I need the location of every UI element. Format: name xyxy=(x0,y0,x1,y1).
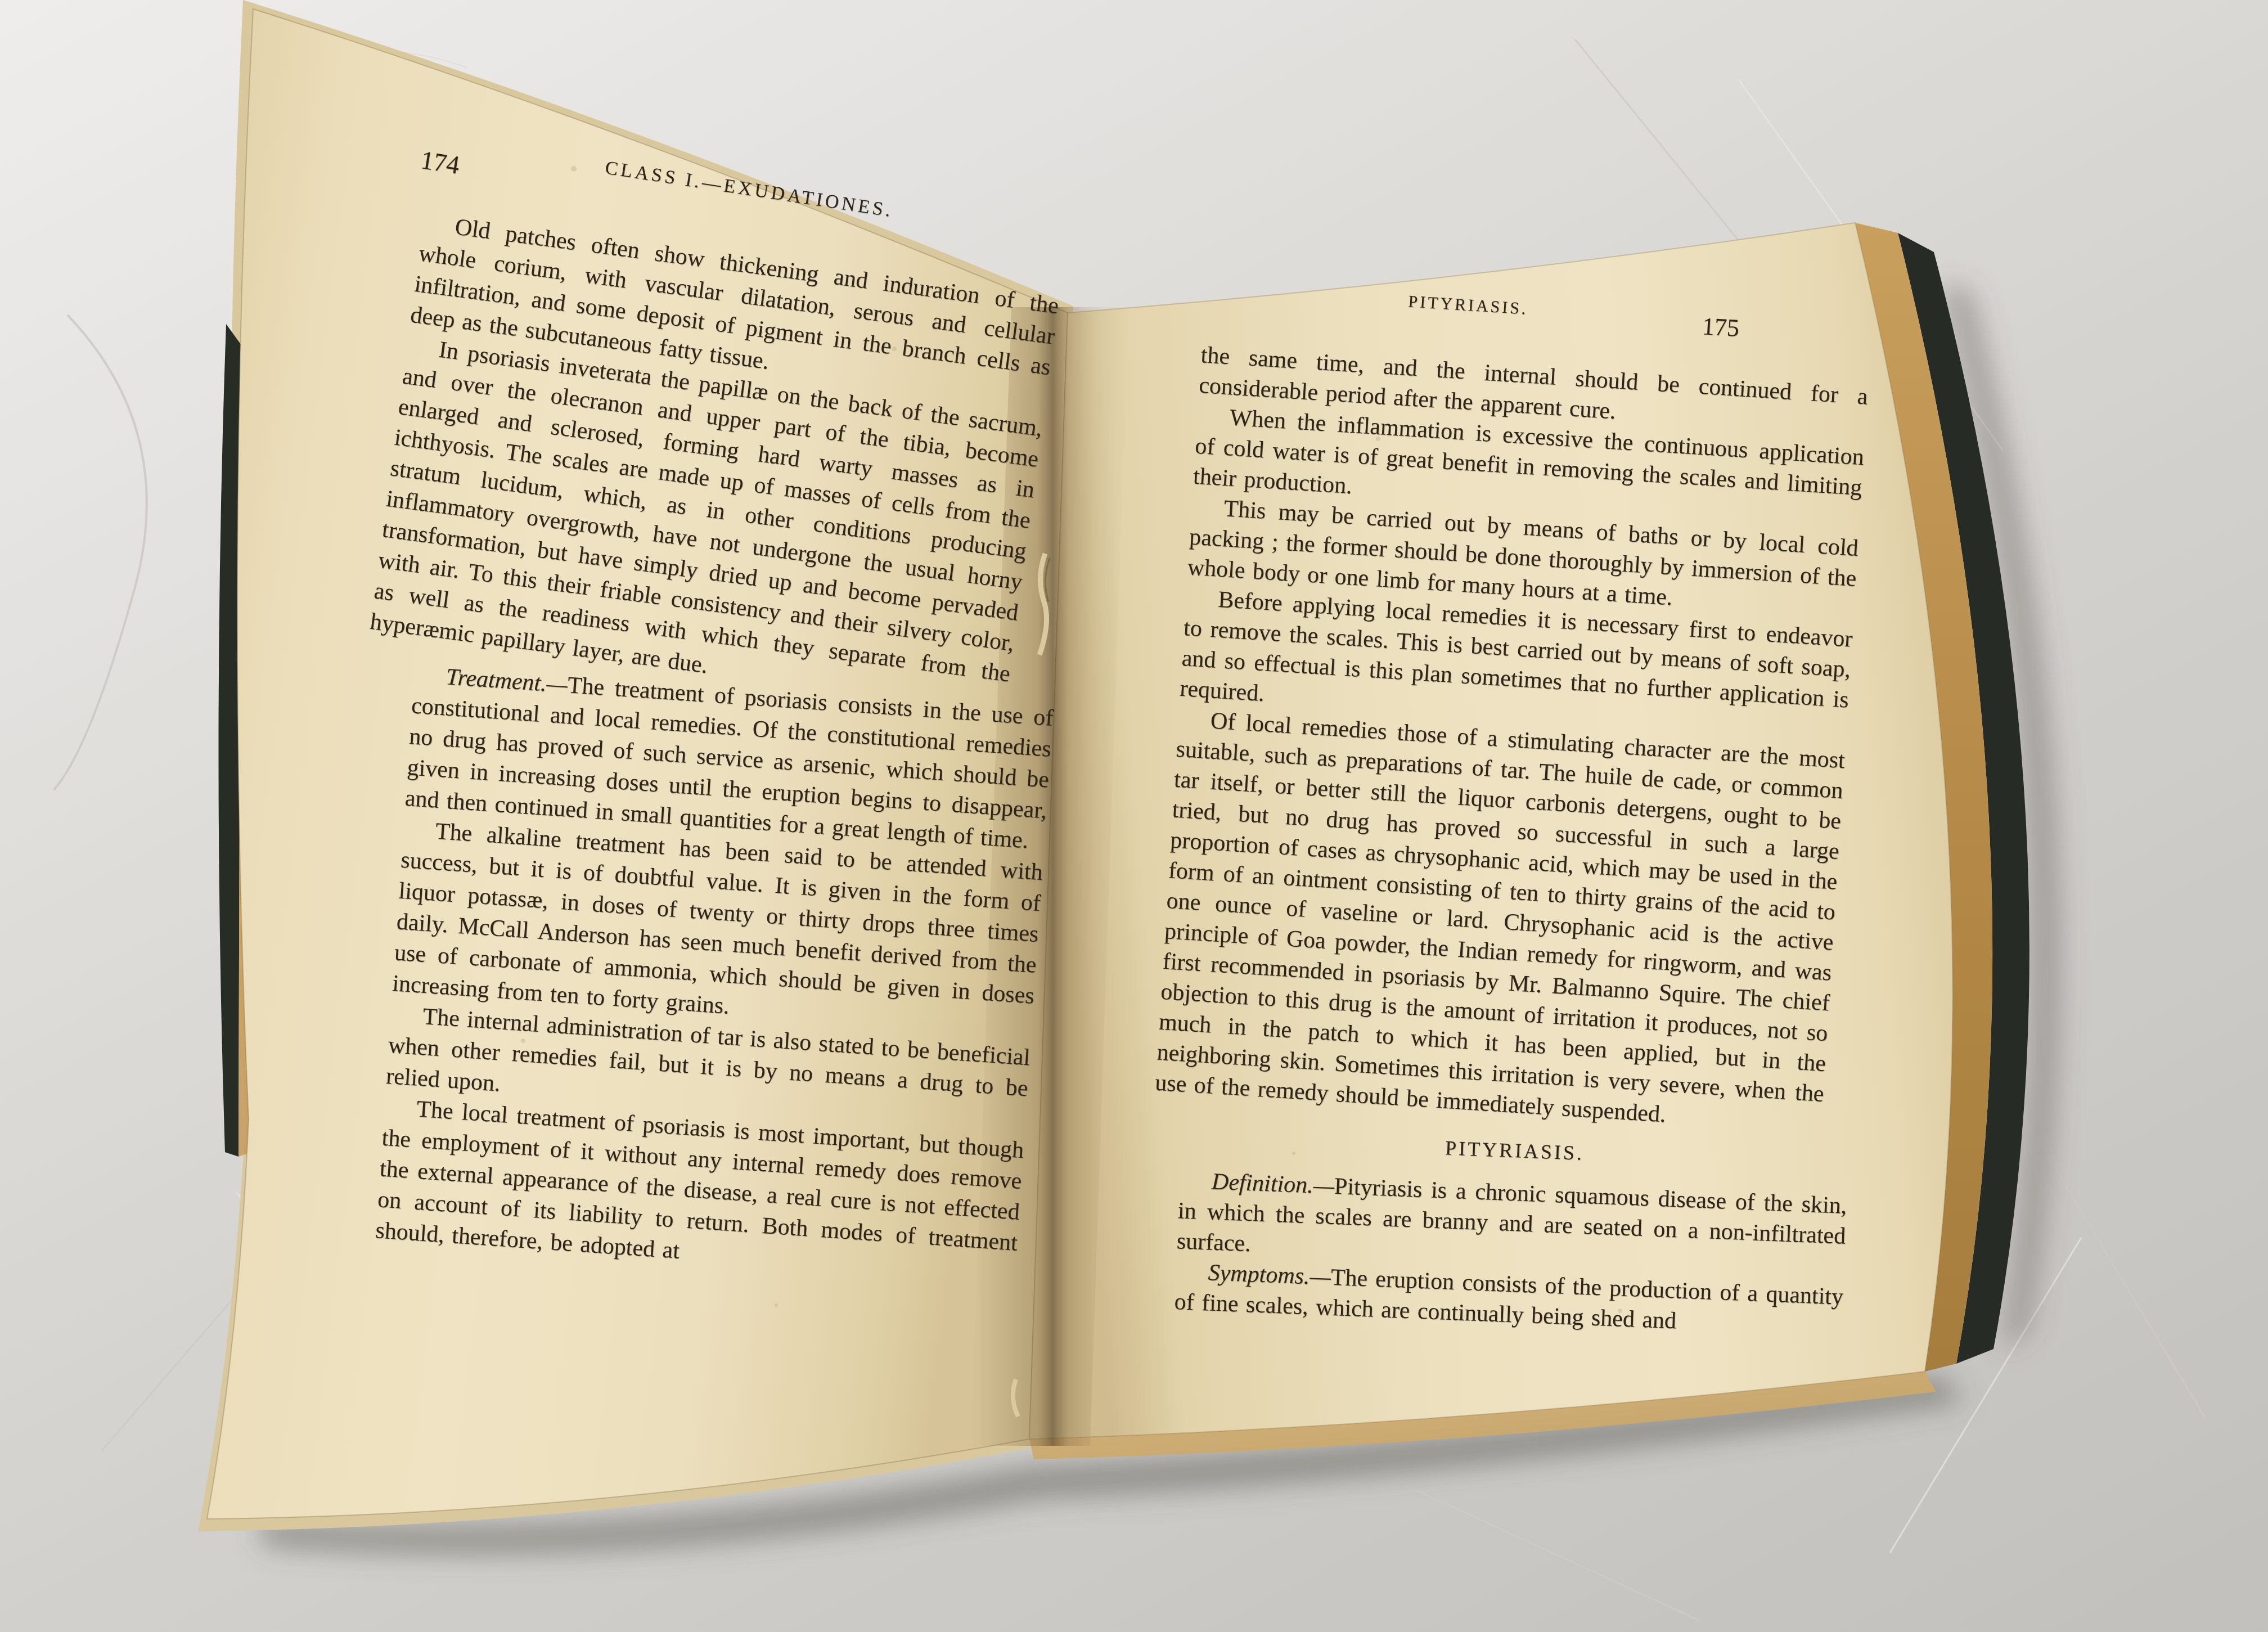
book-illustration xyxy=(0,0,2268,1632)
left-page-text: Old patches often show thickening and in… xyxy=(394,248,1035,1269)
left-text-lower: Treatment.—The treatment of psoriasis co… xyxy=(375,659,1054,1289)
paragraph-lead: Symptoms.— xyxy=(1208,1260,1331,1290)
left-text-upper: Old patches often show thickening and in… xyxy=(368,208,1061,721)
paragraph-lead: Definition.— xyxy=(1211,1168,1335,1199)
left-page-number: 174 xyxy=(418,145,461,180)
book-photo: 174 CLASS I.—EXUDATIONES. Old patches of… xyxy=(0,0,2268,1632)
right-page-text: the same time, and the internal should b… xyxy=(1177,360,1846,1330)
right-text-upper: the same time, and the internal should b… xyxy=(1154,340,1869,1140)
left-cover-edge xyxy=(218,324,241,1157)
paragraph: Of local remedies those of a stimulating… xyxy=(1154,704,1846,1140)
paragraph-lead: Treatment.— xyxy=(445,664,568,698)
right-page-number: 175 xyxy=(1702,312,1740,343)
right-text-lower: PITYRIASIS. Definition.—Pityriasis is a … xyxy=(1174,1122,1849,1342)
